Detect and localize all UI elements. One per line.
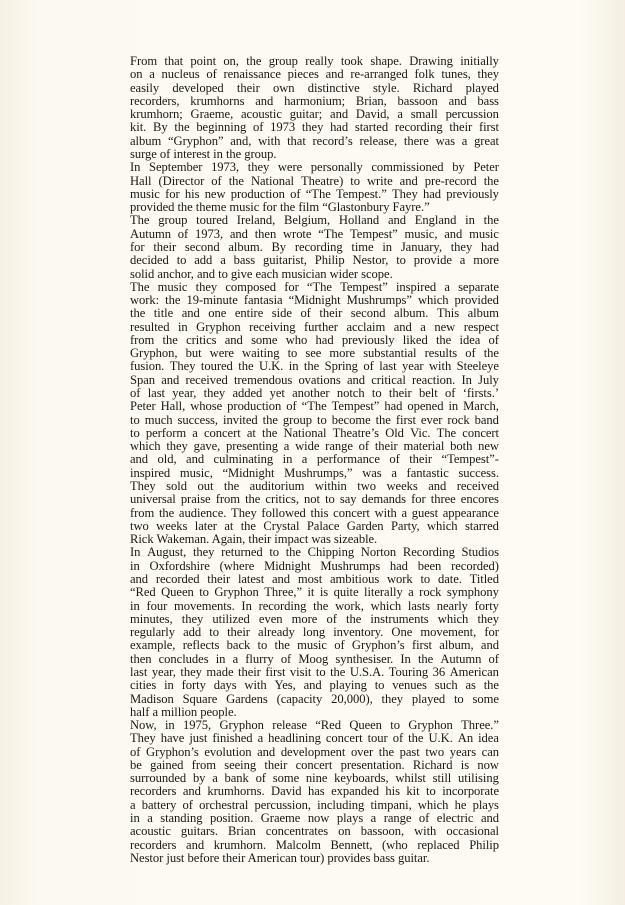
- word: Philip: [315, 254, 345, 267]
- word: headlining: [268, 732, 321, 745]
- word: and: [347, 374, 365, 387]
- word: Three.”: [461, 719, 499, 732]
- word: was: [436, 135, 455, 148]
- word: 19-minute: [186, 294, 237, 307]
- word: praise: [181, 493, 211, 506]
- word: in: [178, 321, 188, 334]
- word: provide: [414, 254, 452, 267]
- word: they: [248, 161, 269, 174]
- word: release: [272, 719, 307, 732]
- text-line: decidedtoaddabassguitarist,PhilipNestor,…: [130, 254, 499, 267]
- paragraph: ThegrouptouredIreland,Belgium,Hollandand…: [130, 214, 499, 280]
- word: new: [434, 321, 455, 334]
- word: the: [286, 546, 301, 559]
- word: regularly: [130, 626, 175, 639]
- word: Brian: [228, 825, 256, 838]
- word: small: [411, 108, 438, 121]
- word: to: [375, 679, 385, 692]
- word: more: [292, 613, 318, 626]
- word: recording: [295, 241, 343, 254]
- word: Gryphon: [220, 719, 264, 732]
- word: range: [325, 440, 353, 453]
- word: received: [457, 480, 499, 493]
- word: forty: [182, 679, 206, 692]
- word: the: [246, 55, 261, 68]
- word: the: [159, 507, 174, 520]
- scanned-page: Fromthatpointon,thegroupreallytookshape.…: [0, 0, 625, 905]
- word: a: [302, 453, 308, 466]
- word: initially: [460, 55, 499, 68]
- word: shape.: [370, 55, 402, 68]
- word: of: [281, 653, 291, 666]
- word: days: [214, 679, 237, 692]
- word: Holland: [339, 214, 379, 227]
- word: were: [278, 161, 302, 174]
- text-line: tomuchsuccess,invitedthegrouptobecomethe…: [130, 414, 499, 427]
- word: success,: [177, 414, 218, 427]
- word: synthesiser.: [335, 653, 393, 666]
- word: movements.: [174, 600, 235, 613]
- word: cities: [130, 679, 156, 692]
- word: pre-record: [425, 175, 477, 188]
- word: for: [411, 493, 426, 506]
- word: they: [182, 613, 203, 626]
- text-line: Fromthatpointon,thegroupreallytookshape.…: [130, 55, 499, 68]
- text-line: recordersandkrumhorns.Davidhasexpandedhi…: [130, 785, 499, 798]
- word: This: [437, 307, 459, 320]
- word: of: [393, 732, 403, 745]
- word: The: [130, 214, 149, 227]
- word: fusion.: [130, 360, 164, 373]
- word: and,: [230, 135, 251, 148]
- word: Richard: [413, 759, 453, 772]
- word: of: [130, 387, 140, 400]
- paragraph: Now,in1975,Gryphonrelease“RedQueentoGryp…: [130, 719, 499, 865]
- word: the: [304, 360, 319, 373]
- word: Richard: [413, 82, 453, 95]
- word: much: [145, 414, 173, 427]
- word: their: [389, 387, 412, 400]
- word: side: [272, 307, 292, 320]
- word: toured: [196, 214, 228, 227]
- word: Mushrumps: [320, 560, 380, 573]
- word: at: [247, 427, 256, 440]
- word: with: [244, 679, 266, 692]
- word: gained: [150, 759, 183, 772]
- word: krumhorn.: [214, 839, 266, 852]
- word: and: [304, 679, 322, 692]
- word: which: [418, 799, 449, 812]
- word: Drawing: [409, 55, 453, 68]
- word: Gryphon’s: [352, 639, 405, 652]
- word: Palace: [307, 520, 340, 533]
- text-line: universalpraisefromthecritics,nottosayde…: [130, 493, 499, 506]
- word: who: [286, 334, 308, 347]
- word: back: [227, 639, 251, 652]
- word: been: [418, 560, 442, 573]
- word: resulted: [130, 321, 169, 334]
- word: style.: [373, 82, 400, 95]
- word: they: [166, 440, 187, 453]
- word: guitarist,: [263, 254, 307, 267]
- word: fantastic: [407, 467, 449, 480]
- word: yet: [270, 387, 285, 400]
- word: of: [130, 746, 140, 759]
- word: new: [478, 440, 499, 453]
- word: on: [130, 68, 143, 81]
- text-line: inOxfordshire(whereMidnightMushrumpshadb…: [130, 560, 499, 573]
- word: bassoon,: [361, 825, 404, 838]
- word: weeks: [386, 480, 417, 493]
- word: critics: [186, 334, 216, 347]
- word: universal: [130, 493, 176, 506]
- word: inventory.: [333, 626, 383, 639]
- word: and: [161, 374, 179, 387]
- word: lasts: [408, 600, 430, 613]
- word: music: [158, 281, 188, 294]
- word: out: [197, 480, 213, 493]
- word: music,: [180, 467, 213, 480]
- word: development: [281, 746, 346, 759]
- word: and: [130, 573, 148, 586]
- word: Autumn: [130, 228, 171, 241]
- word: work:: [130, 294, 159, 307]
- word: for: [284, 281, 299, 294]
- word: which: [418, 294, 449, 307]
- word: plays: [337, 812, 363, 825]
- word: from: [130, 507, 154, 520]
- word: David,: [356, 108, 390, 121]
- word: wide: [295, 440, 319, 453]
- word: Party,: [391, 520, 420, 533]
- text-line: whichtheygave,presentingawiderangeofthei…: [130, 440, 499, 453]
- word: appearance: [443, 507, 499, 520]
- word: performance: [317, 453, 380, 466]
- word: David: [271, 785, 302, 798]
- word: at: [224, 520, 233, 533]
- word: They: [392, 188, 418, 201]
- word: a: [462, 135, 468, 148]
- text-line: ofGryphon’sevolutionanddevelopmentoverth…: [130, 746, 499, 759]
- word: replaced: [417, 839, 459, 852]
- word: to: [396, 254, 406, 267]
- word: some: [473, 693, 499, 706]
- text-line: abatteryoforchestralpercussion,including…: [130, 799, 499, 812]
- word: In: [241, 600, 251, 613]
- word: Philip: [469, 839, 499, 852]
- word: They: [231, 507, 257, 520]
- word: January,: [401, 241, 442, 254]
- word: starred: [465, 520, 499, 533]
- word: Gryphon: [214, 586, 258, 599]
- word: Mushrumps”: [347, 294, 412, 307]
- word: range: [384, 812, 412, 825]
- word: tunes,: [441, 68, 470, 81]
- word: then: [130, 653, 151, 666]
- word: audience.: [179, 507, 226, 520]
- word: In: [130, 546, 140, 559]
- word: to: [325, 493, 335, 506]
- text-line: Now,in1975,Gryphonrelease“RedQueentoGryp…: [130, 719, 499, 732]
- word: weeks: [156, 520, 187, 533]
- word: started: [355, 121, 388, 134]
- word: a: [420, 321, 426, 334]
- word: Gryphon: [196, 321, 240, 334]
- word: it: [307, 586, 314, 599]
- word: August,: [147, 546, 186, 559]
- word: to: [209, 626, 219, 639]
- word: returned: [221, 546, 263, 559]
- word: concentrates: [266, 825, 328, 838]
- word: National: [283, 427, 326, 440]
- word: guitars.: [181, 825, 218, 838]
- word: Gardens: [226, 693, 268, 706]
- word: idea: [478, 732, 499, 745]
- paragraph: InSeptember1973,theywerepersonallycommis…: [130, 161, 499, 214]
- text-line: Hall(DirectoroftheNationalTheatre)towrit…: [130, 175, 499, 188]
- word: Ireland,: [237, 214, 275, 227]
- text-line: Autumnof1973,andthenwrote“TheTempest”mus…: [130, 228, 499, 241]
- text-line: toperformaconcertattheNationalTheatre’sO…: [130, 427, 499, 440]
- text-line: Spanandreceivedtremendousovationsandcrit…: [130, 374, 499, 387]
- word: the: [408, 732, 423, 745]
- word: Graeme: [261, 812, 301, 825]
- word: critical: [371, 374, 406, 387]
- word: concert: [204, 427, 241, 440]
- word: his: [385, 785, 400, 798]
- word: of: [363, 360, 373, 373]
- word: incorporate: [442, 785, 499, 798]
- word: material: [403, 440, 444, 453]
- word: a: [233, 653, 239, 666]
- word: already: [258, 626, 295, 639]
- word: substantial: [363, 347, 416, 360]
- word: from: [192, 759, 216, 772]
- word: years: [450, 746, 476, 759]
- word: time: [351, 241, 373, 254]
- word: record’s: [313, 135, 353, 148]
- word: album,: [439, 639, 473, 652]
- word: Crystal: [263, 520, 299, 533]
- word: battery: [142, 799, 177, 812]
- word: first: [396, 414, 416, 427]
- word: Queen: [349, 719, 382, 732]
- word: of: [253, 121, 263, 134]
- word: standing: [160, 812, 202, 825]
- text-line: Theyhavejustfinishedaheadliningconcertto…: [130, 732, 499, 745]
- word: followed: [261, 507, 305, 520]
- word: took: [341, 55, 363, 68]
- word: with: [414, 825, 436, 838]
- word: opened: [407, 400, 443, 413]
- word: year,: [152, 666, 176, 679]
- word: in: [448, 400, 458, 413]
- word: write: [367, 175, 393, 188]
- word: had: [316, 334, 334, 347]
- word: Now,: [130, 719, 157, 732]
- word: whose: [190, 400, 222, 413]
- word: group: [158, 214, 187, 227]
- word: to: [130, 414, 140, 427]
- word: guitar;: [290, 108, 323, 121]
- word: distinctive: [308, 82, 360, 95]
- word: (who: [382, 839, 408, 852]
- text-line: easilydevelopedtheirowndistinctivestyle.…: [130, 82, 499, 95]
- word: Theatre’s: [333, 427, 379, 440]
- text-line: fromthecriticsandsomewhohadpreviouslylik…: [130, 334, 499, 347]
- word: “Gryphon”: [168, 135, 224, 148]
- word: instruments: [370, 613, 428, 626]
- word: ever: [421, 414, 442, 427]
- word: “Midnight: [222, 467, 274, 480]
- word: album: [468, 307, 499, 320]
- word: success.: [458, 467, 499, 480]
- word: say: [340, 493, 357, 506]
- word: and: [130, 453, 148, 466]
- word: for: [165, 188, 180, 201]
- word: minutes,: [130, 613, 173, 626]
- word: Tempest”: [350, 228, 398, 241]
- text-line: half a million people.: [130, 706, 499, 719]
- text-line: recordersandkrumhorn.MalcolmBennett,(who…: [130, 839, 499, 852]
- word: quite: [334, 586, 359, 599]
- word: 20,000),: [331, 693, 373, 706]
- word: bass: [234, 254, 256, 267]
- word: occasional: [446, 825, 499, 838]
- word: two: [357, 480, 376, 493]
- word: music,: [405, 228, 438, 241]
- word: Hall,: [161, 400, 186, 413]
- text-line: PeterHall,whoseproductionof“TheTempest”h…: [130, 400, 499, 413]
- word: most: [298, 573, 322, 586]
- word: old,: [158, 453, 177, 466]
- paragraph: Fromthatpointon,thegroupreallytookshape.…: [130, 55, 499, 161]
- word: playing: [329, 679, 366, 692]
- word: of: [489, 653, 499, 666]
- word: In: [461, 374, 471, 387]
- word: a: [444, 281, 450, 294]
- word: recorders,: [130, 95, 180, 108]
- word: Tempest.”: [336, 188, 387, 201]
- word: even: [259, 613, 283, 626]
- word: The: [130, 281, 149, 294]
- word: their: [238, 666, 261, 679]
- word: notch: [337, 387, 365, 400]
- text-line: MadisonSquareGardens(capacity20,000),the…: [130, 693, 499, 706]
- word: Touring: [389, 666, 428, 679]
- word: Span: [130, 374, 155, 387]
- word: group: [283, 414, 312, 427]
- word: orchestral: [199, 799, 248, 812]
- word: krumhorns: [190, 95, 244, 108]
- word: harmonium;: [284, 95, 345, 108]
- word: culminating: [214, 453, 274, 466]
- word: gave,: [194, 440, 221, 453]
- word: a: [460, 254, 466, 267]
- word: that: [287, 135, 306, 148]
- article-body: Fromthatpointon,thegroupreallytookshape.…: [130, 55, 499, 865]
- word: Graeme,: [191, 108, 234, 121]
- word: a: [212, 772, 218, 785]
- word: Queen: [161, 586, 194, 599]
- word: beginning: [196, 121, 246, 134]
- word: have: [161, 732, 185, 745]
- word: of: [489, 334, 499, 347]
- word: for: [484, 626, 499, 639]
- word: Gryphon’s: [146, 746, 199, 759]
- word: recorded): [451, 560, 499, 573]
- word: they: [193, 546, 214, 559]
- word: In: [130, 161, 140, 174]
- word: plays: [473, 799, 499, 812]
- word: a: [149, 68, 155, 81]
- word: had: [481, 241, 499, 254]
- word: first: [412, 639, 432, 652]
- word: second: [351, 307, 386, 320]
- word: They: [170, 360, 196, 373]
- word: the: [275, 639, 290, 652]
- word: the: [436, 334, 451, 347]
- word: and: [394, 321, 412, 334]
- word: their: [227, 626, 250, 639]
- word: finished: [212, 732, 252, 745]
- word: add: [194, 254, 212, 267]
- word: of: [465, 347, 475, 360]
- word: decided: [130, 254, 169, 267]
- word: by: [193, 772, 206, 785]
- word: album.: [394, 307, 428, 320]
- word: presentation.: [341, 759, 405, 772]
- word: to: [199, 586, 209, 599]
- word: bass: [477, 95, 499, 108]
- word: Oxfordshire: [150, 560, 210, 573]
- text-line: solid anchor, and to give each musician …: [130, 268, 499, 281]
- word: Norton: [361, 546, 396, 559]
- word: previously: [446, 188, 499, 201]
- text-line: regularlyaddtotheiralreadylonginventory.…: [130, 626, 499, 639]
- word: acclaim: [346, 321, 385, 334]
- word: they: [382, 693, 403, 706]
- word: can: [482, 746, 499, 759]
- word: the: [241, 520, 256, 533]
- word: They: [130, 480, 156, 493]
- word: in: [164, 679, 174, 692]
- word: added: [232, 387, 262, 400]
- word: but: [186, 347, 202, 360]
- word: a: [130, 799, 136, 812]
- word: year,: [172, 387, 196, 400]
- word: which: [130, 440, 161, 453]
- word: two: [130, 520, 149, 533]
- word: own: [273, 82, 295, 95]
- word: 1973,: [195, 228, 223, 241]
- text-line: fortheirsecondalbum.ByrecordingtimeinJan…: [130, 241, 499, 254]
- word: the: [484, 347, 499, 360]
- word: krumhorns.: [207, 785, 264, 798]
- word: their: [153, 241, 176, 254]
- word: and: [330, 108, 348, 121]
- word: belt: [419, 387, 438, 400]
- word: Gryphon: [408, 719, 452, 732]
- text-line: provided the theme music for the film “G…: [130, 201, 499, 214]
- word: kit.: [130, 121, 146, 134]
- word: Peter: [473, 161, 499, 174]
- word: entire: [235, 307, 263, 320]
- word: long: [303, 626, 325, 639]
- word: movement,: [420, 626, 476, 639]
- word: recorded: [156, 573, 200, 586]
- word: critics,: [265, 493, 299, 506]
